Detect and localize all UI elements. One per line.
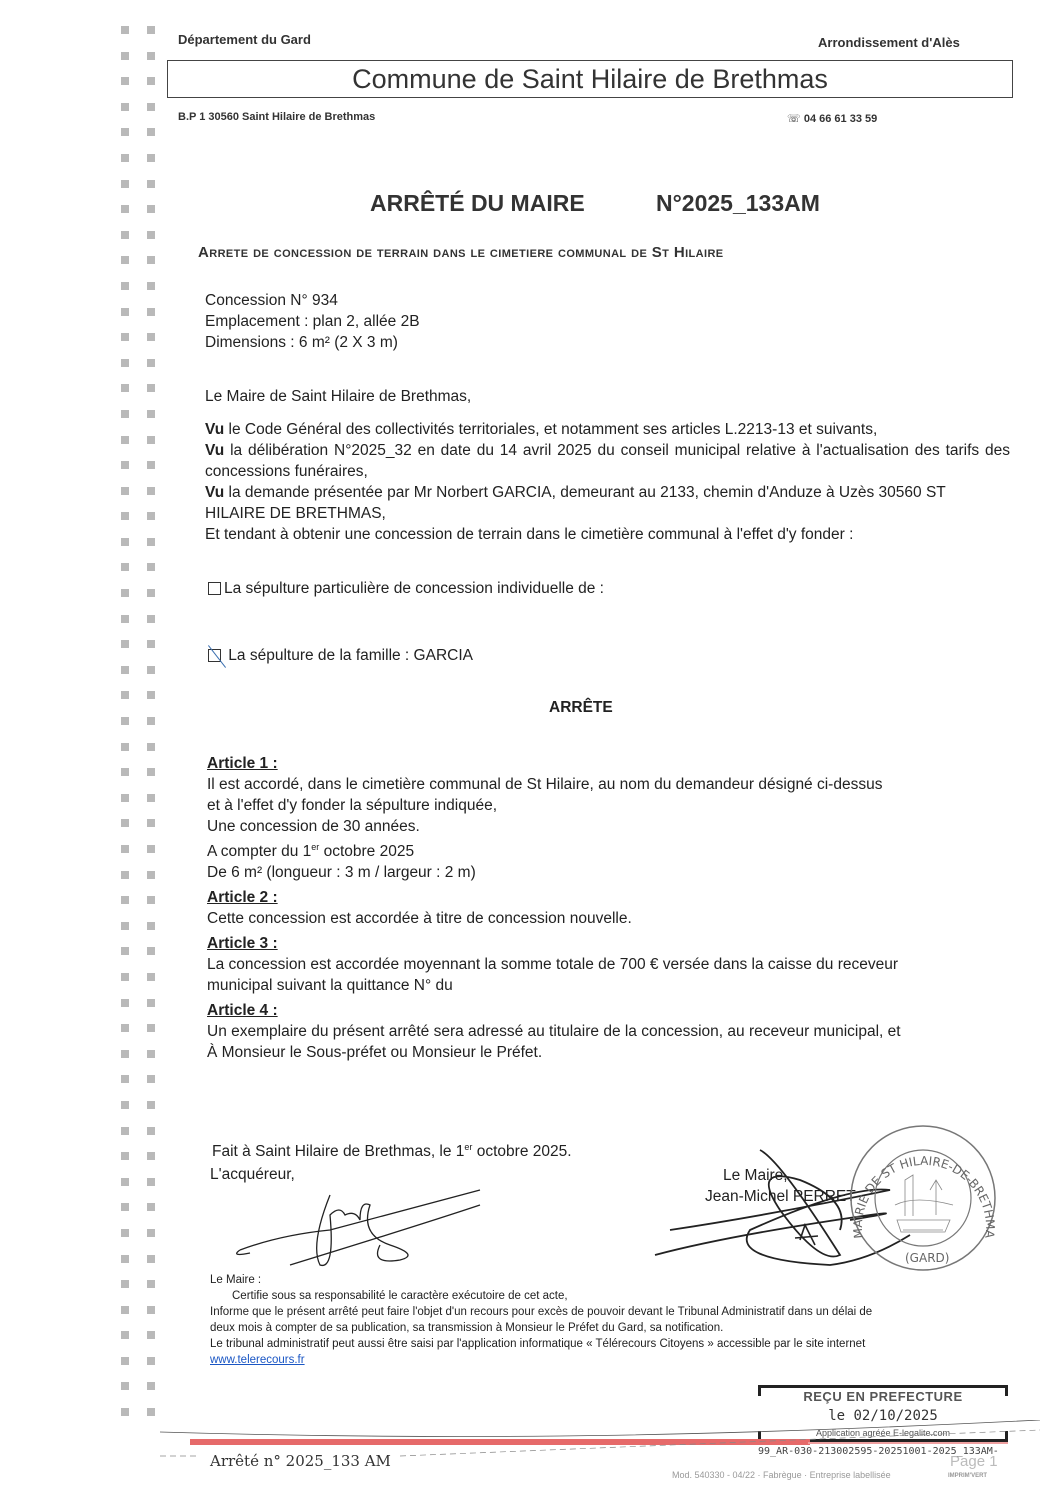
article-line: Un exemplaire du présent arrêté sera adr… xyxy=(207,1021,1012,1042)
telerecours-link[interactable]: www.telerecours.fr xyxy=(210,1354,305,1366)
article-2: Article 2 :Cette concession est accordée… xyxy=(207,887,1012,929)
arrondissement-label: Arrondissement d'Alès xyxy=(818,35,960,50)
arrete-number: N°2025_133AM xyxy=(656,190,820,217)
article-heading: Article 1 : xyxy=(207,753,1012,774)
legal-line-1: Certifie sous sa responsabilité le carac… xyxy=(210,1288,1010,1304)
town-seal: MAIRIE DE ST HILAIRE-DE-BRETHMAS (GARD) xyxy=(835,1120,1015,1280)
article-line: Il est accordé, dans le cimetière commun… xyxy=(207,774,1012,795)
preamble: Le Maire de Saint Hilaire de Brethmas, V… xyxy=(205,386,1010,545)
acquereur-label: L'acquéreur, xyxy=(210,1164,295,1185)
arrete-subtitle: Arrete de concession de terrain dans le … xyxy=(198,244,724,261)
legal-notice: Le Maire : Certifie sous sa responsabili… xyxy=(210,1272,1010,1368)
articles: Article 1 : Il est accordé, dans le cime… xyxy=(207,753,1012,1067)
mayor-intro: Le Maire de Saint Hilaire de Brethmas, xyxy=(205,386,1010,407)
tendant-clause: Et tendant à obtenir une concession de t… xyxy=(205,524,1010,545)
postal-address: B.P 1 30560 Saint Hilaire de Brethmas xyxy=(178,111,375,123)
legal-line-4: Le tribunal administratif peut aussi êtr… xyxy=(210,1336,1010,1352)
article-line: De 6 m² (longueur : 3 m / largeur : 2 m) xyxy=(207,862,1012,883)
stamp-title: REÇU EN PREFECTURE xyxy=(758,1389,1008,1404)
option-family: La sépulture de la famille : GARCIA xyxy=(208,645,473,666)
seal-text: MAIRIE DE ST HILAIRE-DE-BRETHMAS xyxy=(835,1120,997,1240)
svg-text:MAIRIE DE ST HILAIRE-DE-BRETHM: MAIRIE DE ST HILAIRE-DE-BRETHMAS xyxy=(835,1120,997,1240)
vu-deliberation: Vu la délibération N°2025_32 en date du … xyxy=(205,440,1010,482)
concession-location: Emplacement : plan 2, allée 2B xyxy=(205,311,420,332)
legal-line-2: Informe que le présent arrêté peut faire… xyxy=(210,1304,1010,1320)
imprim-vert-label: IMPRIM'VERT xyxy=(948,1473,987,1479)
article-1: Article 1 : Il est accordé, dans le cime… xyxy=(207,753,1012,883)
footer-reference: Arrêté n° 2025_133 AM xyxy=(210,1452,391,1470)
commune-title: Commune de Saint Hilaire de Brethmas xyxy=(167,60,1013,98)
article-4: Article 4 :Un exemplaire du présent arrê… xyxy=(207,1000,1012,1063)
checkbox-individual[interactable] xyxy=(208,582,221,595)
article-heading: Article 2 : xyxy=(207,887,1012,908)
place-date: Fait à Saint Hilaire de Brethmas, le 1er… xyxy=(212,1137,572,1162)
vu-code: Vu le Code Général des collectivités ter… xyxy=(205,419,1010,440)
option-individual: La sépulture particulière de concession … xyxy=(208,578,604,599)
page-number: Page 1 xyxy=(950,1453,998,1470)
decision-heading: ARRÊTE xyxy=(549,697,613,718)
phone-icon: ☏ xyxy=(787,113,801,125)
checkbox-family[interactable] xyxy=(208,649,221,662)
legal-heading: Le Maire : xyxy=(210,1272,1010,1288)
article-line: Une concession de 30 années. xyxy=(207,816,1012,837)
article-line: A compter du 1er octobre 2025 xyxy=(207,837,1012,862)
article-line: Cette concession est accordée à titre de… xyxy=(207,908,1012,929)
concession-dimensions: Dimensions : 6 m² (2 X 3 m) xyxy=(205,332,420,353)
vu-demande: Vu la demande présentée par Mr Norbert G… xyxy=(205,482,1010,524)
article-heading: Article 3 : xyxy=(207,933,1012,954)
phone-line: ☏ 04 66 61 33 59 xyxy=(787,112,877,125)
article-line: À Monsieur le Sous-préfet ou Monsieur le… xyxy=(207,1042,1012,1063)
article-3: Article 3 :La concession est accordée mo… xyxy=(207,933,1012,996)
legal-line-3: deux mois à compter de sa publication, s… xyxy=(210,1320,1010,1336)
acquereur-signature xyxy=(220,1185,490,1275)
article-line: municipal suivant la quittance N° du xyxy=(207,975,1012,996)
concession-details: Concession N° 934 Emplacement : plan 2, … xyxy=(205,290,420,353)
phone-number: 04 66 61 33 59 xyxy=(804,113,877,125)
svg-text:(GARD): (GARD) xyxy=(905,1251,949,1265)
binder-holes xyxy=(121,26,161,1434)
article-line: et à l'effet d'y fonder la sépulture ind… xyxy=(207,795,1012,816)
article-line: La concession est accordée moyennant la … xyxy=(207,954,1012,975)
concession-number: Concession N° 934 xyxy=(205,290,420,311)
form-model: Mod. 540330 - 04/22 · Fabrègue · Entrepr… xyxy=(672,1470,891,1480)
article-heading: Article 4 : xyxy=(207,1000,1012,1021)
department-label: Département du Gard xyxy=(178,32,311,47)
arrete-title: ARRÊTÉ DU MAIRE xyxy=(370,190,585,217)
